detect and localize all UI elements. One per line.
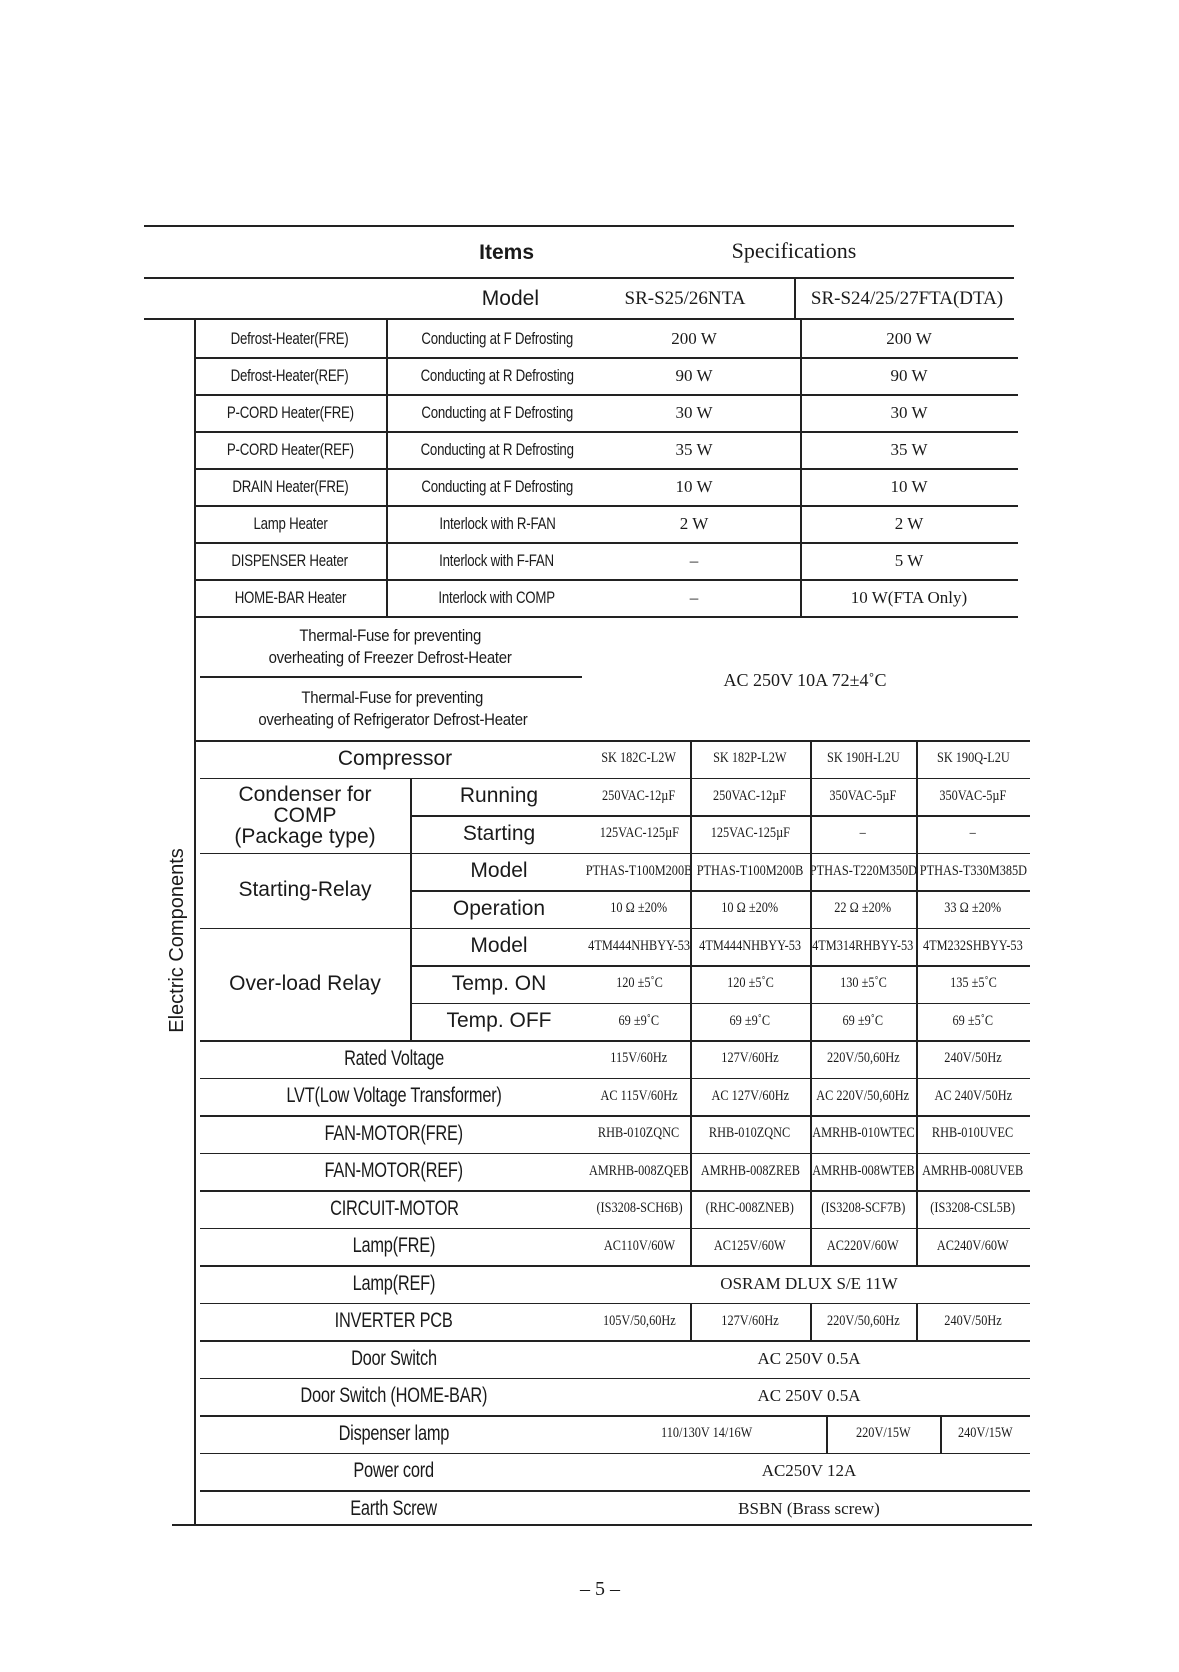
heater-condition: Conducting at R Defrosting bbox=[386, 357, 608, 394]
col-rule bbox=[690, 1190, 692, 1228]
col-rule bbox=[810, 1078, 812, 1116]
col-rule bbox=[916, 1003, 918, 1041]
col-rule bbox=[690, 740, 692, 778]
overload-relay-value: 69 ±9˚C bbox=[690, 1003, 810, 1041]
door-switch-homebar-name: Door Switch (HOME-BAR) bbox=[200, 1378, 588, 1416]
col-rule bbox=[690, 1228, 692, 1266]
overload-relay-value: 69 ±9˚C bbox=[810, 1003, 916, 1041]
inverter-pcb-value: 240V/50Hz bbox=[916, 1303, 1030, 1341]
lamp-ref-value: OSRAM DLUX S/E 11W bbox=[588, 1265, 1030, 1303]
condenser-sub-label: Running bbox=[410, 778, 588, 816]
overload-relay-sub-label: Temp. ON bbox=[410, 965, 588, 1003]
heater-condition: Conducting at F Defrosting bbox=[386, 468, 608, 505]
col-rule bbox=[810, 1003, 812, 1041]
col-rule bbox=[690, 815, 692, 853]
overload-relay-value: 130 ±5˚C bbox=[810, 965, 916, 1003]
component-value: AC 127V/60Hz bbox=[690, 1078, 810, 1116]
heater-nta-value: 200 W bbox=[588, 320, 800, 357]
heater-fta-value: 35 W bbox=[800, 431, 1018, 468]
heater-nta-value: 30 W bbox=[588, 394, 800, 431]
heater-fta-value: 90 W bbox=[800, 357, 1018, 394]
starting-relay-value: PTHAS-T100M200B bbox=[588, 853, 690, 891]
compressor-value: SK 190Q-L2U bbox=[916, 740, 1030, 778]
component-name: FAN-MOTOR(REF) bbox=[200, 1153, 588, 1191]
component-value: 127V/60Hz bbox=[690, 1040, 810, 1078]
starting-relay-value: 33 Ω ±20% bbox=[916, 890, 1030, 928]
dispenser-lamp-value: 110/130V 14/16W bbox=[588, 1415, 826, 1453]
component-value: RHB-010ZQNC bbox=[588, 1115, 690, 1153]
col-rule bbox=[916, 965, 918, 1003]
condenser-value: 350VAC-5µF bbox=[916, 778, 1030, 816]
earth-screw-name: Earth Screw bbox=[200, 1490, 588, 1528]
col-rule bbox=[916, 1228, 918, 1266]
col-rule bbox=[810, 890, 812, 928]
col-rule bbox=[810, 1190, 812, 1228]
overload-relay-value: 4TM232SHBYY-53 bbox=[916, 928, 1030, 966]
heater-name: P-CORD Heater(FRE) bbox=[194, 394, 386, 431]
table-top-rule bbox=[144, 225, 1014, 227]
col-rule bbox=[810, 1040, 812, 1078]
thermal-fuse-divider bbox=[200, 676, 582, 678]
condenser-value: 350VAC-5µF bbox=[810, 778, 916, 816]
heater-name: Defrost-Heater(FRE) bbox=[194, 320, 386, 357]
col-rule bbox=[690, 890, 692, 928]
component-value: AC 240V/50Hz bbox=[916, 1078, 1030, 1116]
component-value: RHB-010UVEC bbox=[916, 1115, 1030, 1153]
col-rule bbox=[690, 928, 692, 966]
compressor-value: SK 182C-L2W bbox=[588, 740, 690, 778]
component-value: AMRHB-008WTEB bbox=[810, 1153, 916, 1191]
heater-condition: Conducting at F Defrosting bbox=[386, 320, 608, 357]
col-rule bbox=[690, 1003, 692, 1041]
overload-relay-value: 4TM444NHBYY-53 bbox=[588, 928, 690, 966]
component-value: AMRHB-008ZQEB bbox=[588, 1153, 690, 1191]
starting-relay-value: PTHAS-T220M350D bbox=[810, 853, 916, 891]
condenser-value: 250VAC-12µF bbox=[690, 778, 810, 816]
overload-relay-value: 69 ±9˚C bbox=[588, 1003, 690, 1041]
earth-screw-value: BSBN (Brass screw) bbox=[588, 1490, 1030, 1528]
heater-fta-value: 30 W bbox=[800, 394, 1018, 431]
thermal-fuse-freezer: Thermal-Fuse for preventing overheating … bbox=[200, 620, 580, 674]
heater-fta-value: 10 W(FTA Only) bbox=[800, 579, 1018, 616]
component-value: 220V/50,60Hz bbox=[810, 1040, 916, 1078]
col-rule bbox=[690, 778, 692, 816]
heater-name: Defrost-Heater(REF) bbox=[194, 357, 386, 394]
overload-relay-value: 4TM444NHBYY-53 bbox=[690, 928, 810, 966]
component-value: (RHC-008ZNEB) bbox=[690, 1190, 810, 1228]
col-rule bbox=[690, 1040, 692, 1078]
compressor-value: SK 190H-L2U bbox=[810, 740, 916, 778]
condenser-value: 250VAC-12µF bbox=[588, 778, 690, 816]
component-value: AC 220V/50,60Hz bbox=[810, 1078, 916, 1116]
heater-nta-value: 90 W bbox=[588, 357, 800, 394]
col-rule bbox=[916, 1115, 918, 1153]
col-rule bbox=[916, 928, 918, 966]
starting-relay-sub-label: Operation bbox=[410, 890, 588, 928]
heater-name: Lamp Heater bbox=[194, 505, 386, 542]
page-number: – 5 – bbox=[560, 1578, 640, 1601]
heater-condition: Conducting at R Defrosting bbox=[386, 431, 608, 468]
model-label: Model bbox=[144, 279, 574, 319]
spec-page: Items Specifications Model SR-S25/26NTA … bbox=[0, 0, 1179, 1672]
component-value: AC220V/60W bbox=[810, 1228, 916, 1266]
col-rule bbox=[916, 1303, 918, 1341]
condenser-sub-label: Starting bbox=[410, 815, 588, 853]
col-rule bbox=[810, 965, 812, 1003]
heater-name: DRAIN Heater(FRE) bbox=[194, 468, 386, 505]
heater-nta-value: 2 W bbox=[588, 505, 800, 542]
heater-condition: Interlock with COMP bbox=[386, 579, 608, 616]
col-rule bbox=[690, 853, 692, 891]
starting-relay-sub-label: Model bbox=[410, 853, 588, 891]
component-value: AC240V/60W bbox=[916, 1228, 1030, 1266]
condenser-value: – bbox=[916, 815, 1030, 853]
heater-nta-value: – bbox=[588, 542, 800, 579]
col-rule bbox=[810, 1228, 812, 1266]
component-value: RHB-010ZQNC bbox=[690, 1115, 810, 1153]
inverter-pcb-value: 105V/50,60Hz bbox=[588, 1303, 690, 1341]
heater-condition: Interlock with F-FAN bbox=[386, 542, 608, 579]
col-rule bbox=[690, 1078, 692, 1116]
overload-relay-label: Over-load Relay bbox=[200, 928, 410, 1041]
lamp-ref-name: Lamp(REF) bbox=[200, 1265, 588, 1303]
dispenser-lamp-value: 220V/15W bbox=[826, 1415, 940, 1453]
component-value: (IS3208-SCH6B) bbox=[588, 1190, 690, 1228]
compressor-value: SK 182P-L2W bbox=[690, 740, 810, 778]
component-value: AC 115V/60Hz bbox=[588, 1078, 690, 1116]
col-rule bbox=[690, 965, 692, 1003]
component-value: (IS3208-SCF7B) bbox=[810, 1190, 916, 1228]
starting-relay-value: PTHAS-T330M385D bbox=[916, 853, 1030, 891]
heater-nta-value: 35 W bbox=[588, 431, 800, 468]
starting-relay-value: 10 Ω ±20% bbox=[588, 890, 690, 928]
specifications-header: Specifications bbox=[574, 228, 1014, 274]
overload-relay-value: 120 ±5˚C bbox=[588, 965, 690, 1003]
col-rule bbox=[690, 1153, 692, 1191]
col-rule bbox=[916, 890, 918, 928]
table-bottom-rule bbox=[172, 1524, 1032, 1526]
component-value: AMRHB-008UVEB bbox=[916, 1153, 1030, 1191]
component-value: AMRHB-008ZREB bbox=[690, 1153, 810, 1191]
model-fta: SR-S24/25/27FTA(DTA) bbox=[796, 279, 1018, 319]
heater-fta-value: 10 W bbox=[800, 468, 1018, 505]
starting-relay-value: 22 Ω ±20% bbox=[810, 890, 916, 928]
heater-condition: Interlock with R-FAN bbox=[386, 505, 608, 542]
heater-name: HOME-BAR Heater bbox=[194, 579, 386, 616]
col-rule bbox=[810, 853, 812, 891]
col-rule bbox=[690, 1115, 692, 1153]
condenser-value: 125VAC-125µF bbox=[588, 815, 690, 853]
thermal-fuse-value: AC 250V 10A 72±4˚C bbox=[600, 660, 1010, 700]
heater-fta-value: 5 W bbox=[800, 542, 1018, 579]
component-value: AC125V/60W bbox=[690, 1228, 810, 1266]
col-rule bbox=[810, 1303, 812, 1341]
overload-relay-value: 120 ±5˚C bbox=[690, 965, 810, 1003]
component-name: Rated Voltage bbox=[200, 1040, 588, 1078]
heater-fta-value: 200 W bbox=[800, 320, 1018, 357]
col-rule bbox=[916, 815, 918, 853]
col-rule bbox=[810, 928, 812, 966]
col-rule bbox=[810, 740, 812, 778]
heater-nta-value: – bbox=[588, 579, 800, 616]
col-rule bbox=[916, 1153, 918, 1191]
condenser-value: 125VAC-125µF bbox=[690, 815, 810, 853]
section-label: Electric Components bbox=[162, 830, 192, 1050]
inverter-pcb-value: 220V/50,60Hz bbox=[810, 1303, 916, 1341]
col-rule bbox=[916, 778, 918, 816]
inverter-pcb-value: 127V/60Hz bbox=[690, 1303, 810, 1341]
model-nta: SR-S25/26NTA bbox=[580, 279, 790, 319]
overload-relay-value: 4TM314RHBYY-53 bbox=[810, 928, 916, 966]
col-rule bbox=[916, 740, 918, 778]
thermal-fuse-refrigerator: Thermal-Fuse for preventing overheating … bbox=[200, 682, 585, 736]
col-rule bbox=[410, 928, 412, 1041]
starting-relay-value: 10 Ω ±20% bbox=[690, 890, 810, 928]
dispenser-lamp-name: Dispenser lamp bbox=[200, 1415, 588, 1453]
component-name: Lamp(FRE) bbox=[200, 1228, 588, 1266]
door-switch-homebar-value: AC 250V 0.5A bbox=[588, 1378, 1030, 1416]
col-rule bbox=[916, 1190, 918, 1228]
heater-fta-value: 2 W bbox=[800, 505, 1018, 542]
compressor-label: Compressor bbox=[200, 740, 590, 778]
starting-relay-label: Starting-Relay bbox=[200, 853, 410, 928]
dispenser-lamp-value: 240V/15W bbox=[940, 1415, 1030, 1453]
heater-condition: Conducting at F Defrosting bbox=[386, 394, 608, 431]
condenser-value: – bbox=[810, 815, 916, 853]
overload-relay-sub-label: Model bbox=[410, 928, 588, 966]
component-value: 115V/60Hz bbox=[588, 1040, 690, 1078]
overload-relay-value: 135 ±5˚C bbox=[916, 965, 1030, 1003]
heater-name: P-CORD Heater(REF) bbox=[194, 431, 386, 468]
starting-relay-value: PTHAS-T100M200B bbox=[690, 853, 810, 891]
component-value: AMRHB-010WTEC bbox=[810, 1115, 916, 1153]
component-value: 240V/50Hz bbox=[916, 1040, 1030, 1078]
component-name: LVT(Low Voltage Transformer) bbox=[200, 1078, 588, 1116]
component-value: (IS3208-CSL5B) bbox=[916, 1190, 1030, 1228]
door-switch-value: AC 250V 0.5A bbox=[588, 1340, 1030, 1378]
condenser-label: Condenser forCOMP(Package type) bbox=[200, 778, 410, 853]
heater-name: DISPENSER Heater bbox=[194, 542, 386, 579]
col-rule bbox=[810, 1115, 812, 1153]
row-rule bbox=[194, 616, 1018, 618]
col-rule bbox=[410, 853, 412, 928]
power-cord-value: AC250V 12A bbox=[588, 1453, 1030, 1491]
col-rule bbox=[916, 853, 918, 891]
col-rule bbox=[916, 1078, 918, 1116]
door-switch-name: Door Switch bbox=[200, 1340, 588, 1378]
inverter-pcb-name: INVERTER PCB bbox=[200, 1303, 588, 1341]
power-cord-name: Power cord bbox=[200, 1453, 588, 1491]
component-value: AC110V/60W bbox=[588, 1228, 690, 1266]
component-name: CIRCUIT-MOTOR bbox=[200, 1190, 588, 1228]
col-rule bbox=[810, 1153, 812, 1191]
overload-relay-value: 69 ±5˚C bbox=[916, 1003, 1030, 1041]
col-rule bbox=[810, 815, 812, 853]
items-header: Items bbox=[144, 228, 574, 278]
col-rule bbox=[810, 778, 812, 816]
col-rule bbox=[916, 1040, 918, 1078]
col-rule bbox=[690, 1303, 692, 1341]
col-rule bbox=[410, 778, 412, 853]
component-name: FAN-MOTOR(FRE) bbox=[200, 1115, 588, 1153]
overload-relay-sub-label: Temp. OFF bbox=[410, 1003, 588, 1041]
heater-nta-value: 10 W bbox=[588, 468, 800, 505]
